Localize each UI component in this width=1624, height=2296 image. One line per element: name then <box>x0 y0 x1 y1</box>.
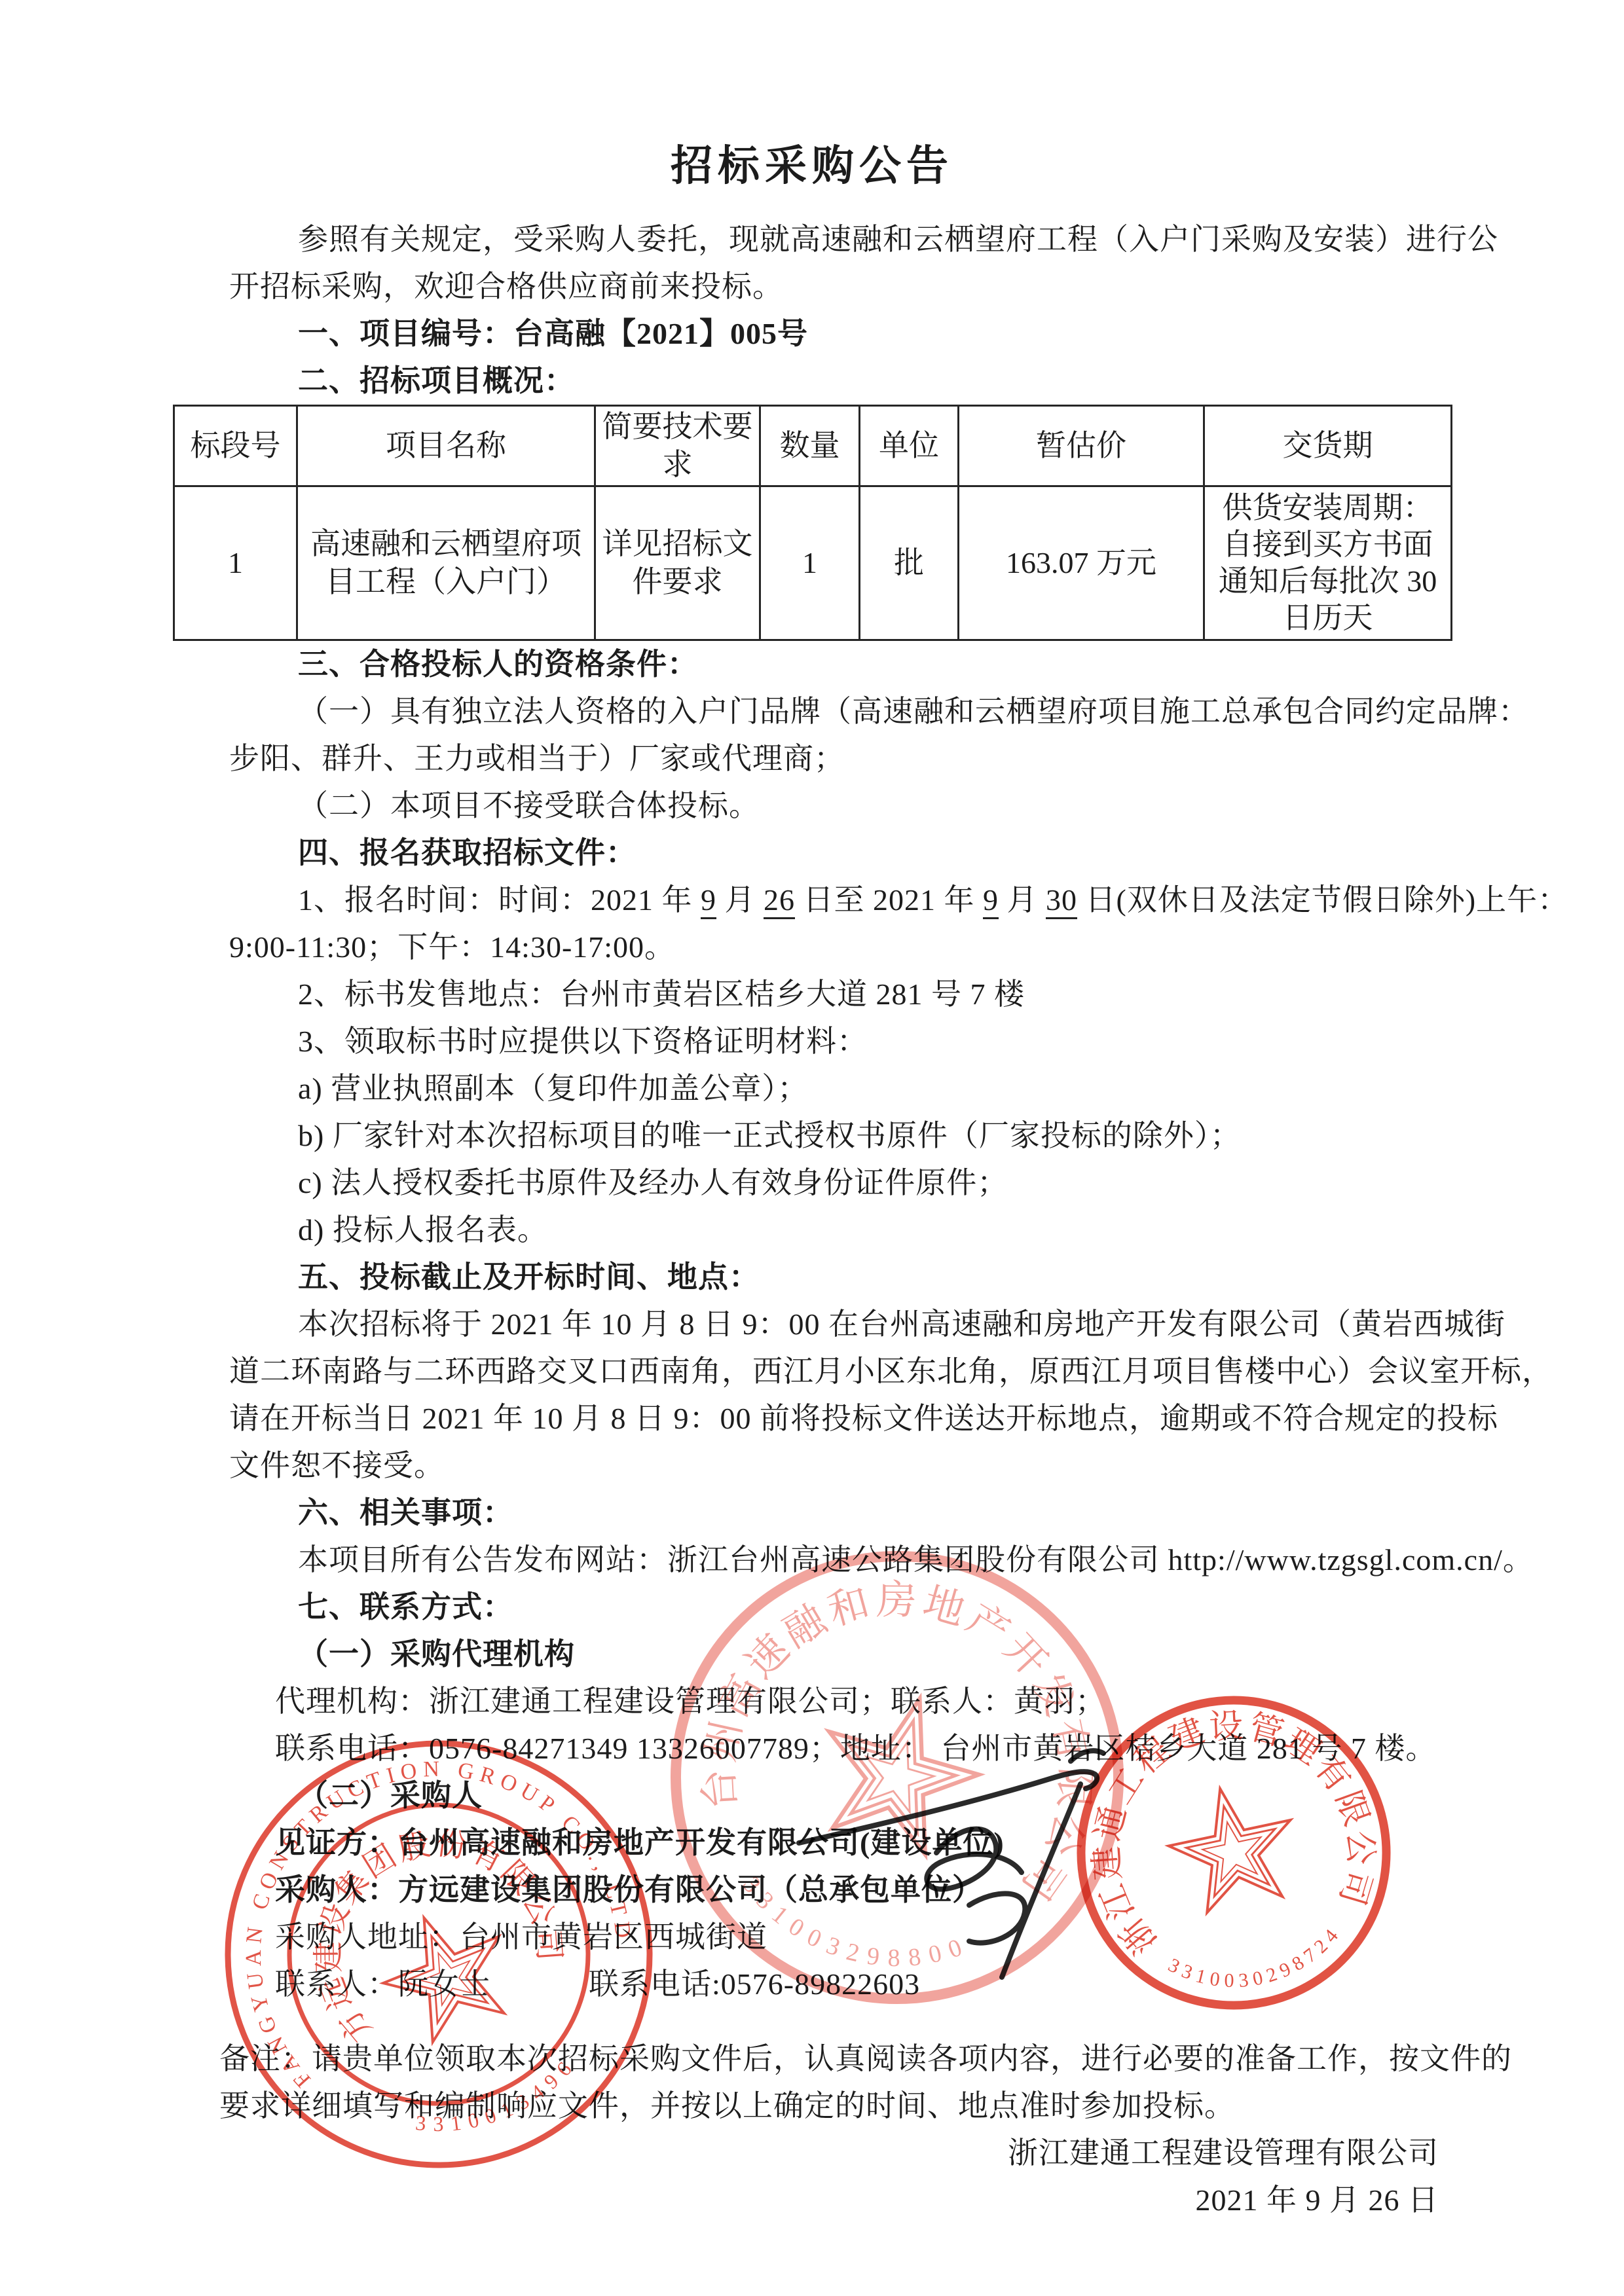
table-row: 1 高速融和云栖望府项目工程（入户门） 详见招标文件要求 1 批 163.07 … <box>174 486 1452 640</box>
section-7-contact: 七、联系方式： <box>298 1584 1624 1631</box>
opening-line-1: 本次招标将于 2021 年 10 月 8 日 9：00 在台州高速融和房地产开发… <box>298 1301 1624 1348</box>
agent-line-1: 代理机构：浙江建通工程建设管理有限公司；联系人：黄羽； <box>275 1678 1624 1725</box>
opening-line-4: 文件恕不接受。 <box>229 1442 1624 1489</box>
buyer-line: 采购人：方远建设集团股份有限公司（总承包单位） <box>275 1867 1624 1914</box>
section-3-qualification: 三、合格投标人的资格条件： <box>298 641 1624 688</box>
signup-day-underlined-2: 30 <box>1046 883 1077 919</box>
buyer-address: 采购人地址：台州市黄岩区西城街道 <box>275 1914 1624 1961</box>
opening-line-2: 道二环南路与二环西路交叉口西南角，西江月小区东北角，原西江月项目售楼中心）会议室… <box>229 1348 1624 1395</box>
document-page: 招标采购公告 参照有关规定，受采购人委托，现就高速融和云栖望府工程（入户门采购及… <box>0 0 1624 2296</box>
signup-time-seg-5: 日(双休日及法定节假日除外)上午： <box>1077 883 1568 917</box>
agent-line-2: 联系电话：0576-84271349 13326007789；地址： 台州市黄岩… <box>275 1725 1624 1772</box>
material-a: a) 营业执照副本（复印件加盖公章）； <box>298 1065 1624 1112</box>
remark-line-2: 要求详细填写和编制响应文件，并按以上确定的时间、地点准时参加投标。 <box>219 2083 1624 2130</box>
cell-project-name: 高速融和云栖望府项目工程（入户门） <box>297 486 595 640</box>
col-header-delivery: 交货期 <box>1204 406 1452 486</box>
col-header-tech-req: 简要技术要求 <box>595 406 760 486</box>
witness-line: 见证方：台州高速融和房地产开发有限公司(建设单位) <box>275 1819 1624 1867</box>
col-header-project-name: 项目名称 <box>297 406 595 486</box>
section-5-opening: 五、投标截止及开标时间、地点： <box>298 1254 1624 1301</box>
signup-time-seg-1: 1、报名时间：时间：2021 年 <box>298 883 701 917</box>
signup-time-seg-2: 月 <box>716 883 764 917</box>
col-header-quantity: 数量 <box>760 406 860 486</box>
buyer-contact: 联系人：阮女士联系电话:0576-89822603 <box>275 1961 1624 2008</box>
section-4-signup: 四、报名获取招标文件： <box>298 829 1624 877</box>
signup-time-seg-3: 日至 2021 年 <box>795 883 983 917</box>
cell-delivery: 供货安装周期：自接到买方书面通知后每批次 30 日历天 <box>1204 486 1452 640</box>
cell-quantity: 1 <box>760 486 860 640</box>
qualification-1-line-2: 步阳、群升、王力或相当于）厂家或代理商； <box>229 735 1624 782</box>
col-header-unit: 单位 <box>860 406 959 486</box>
buyer-heading: （二）采购人 <box>298 1772 1624 1819</box>
footer-company: 浙江建通工程建设管理有限公司 <box>0 2130 1439 2177</box>
table-header-row: 标段号 项目名称 简要技术要求 数量 单位 暂估价 交货期 <box>174 406 1452 486</box>
signup-time-seg-4: 月 <box>999 883 1046 917</box>
notice-website: 本项目所有公告发布网站：浙江台州高速公路集团股份有限公司 http://www.… <box>298 1537 1624 1584</box>
cell-lot: 1 <box>174 486 297 640</box>
signup-time-line-1: 1、报名时间：时间：2021 年 9 月 26 日至 2021 年 9 月 30… <box>298 877 1624 924</box>
project-table: 标段号 项目名称 简要技术要求 数量 单位 暂估价 交货期 1 高速融和云栖望府… <box>173 405 1452 641</box>
section-2-overview: 二、招标项目概况： <box>298 357 1624 405</box>
signup-month-underlined-1: 9 <box>701 883 716 919</box>
qualification-1-line-1: （一）具有独立法人资格的入户门品牌（高速融和云栖望府项目施工总承包合同约定品牌： <box>298 688 1624 735</box>
page-title: 招标采购公告 <box>0 136 1624 196</box>
agent-heading: （一）采购代理机构 <box>298 1631 1624 1678</box>
signup-materials: 3、领取标书时应提供以下资格证明材料： <box>298 1018 1624 1065</box>
col-header-lot: 标段号 <box>174 406 297 486</box>
cell-unit: 批 <box>860 486 959 640</box>
signup-location: 2、标书发售地点：台州市黄岩区桔乡大道 281 号 7 楼 <box>298 971 1624 1018</box>
opening-line-3: 请在开标当日 2021 年 10 月 8 日 9：00 前将投标文件送达开标地点… <box>229 1395 1624 1442</box>
buyer-contact-tel: 联系电话:0576-89822603 <box>589 1967 920 2001</box>
intro-line-1: 参照有关规定，受采购人委托，现就高速融和云栖望府工程（入户门采购及安装）进行公 <box>298 216 1624 263</box>
intro-line-2: 开招标采购，欢迎合格供应商前来投标。 <box>229 263 1624 310</box>
cell-tech-req: 详见招标文件要求 <box>595 486 760 640</box>
remark-line-1: 备注：请贵单位领取本次招标采购文件后，认真阅读各项内容，进行必要的准备工作，按文… <box>219 2035 1624 2083</box>
buyer-contact-name: 联系人：阮女士 <box>275 1967 490 2001</box>
col-header-estimate: 暂估价 <box>959 406 1204 486</box>
material-c: c) 法人授权委托书原件及经办人有效身份证件原件； <box>298 1159 1624 1207</box>
material-d: d) 投标人报名表。 <box>298 1207 1624 1254</box>
cell-estimate: 163.07 万元 <box>959 486 1204 640</box>
section-1-project-number: 一、项目编号：台高融【2021】005号 <box>298 310 1624 357</box>
signup-month-underlined-2: 9 <box>983 883 999 919</box>
signup-time-line-2: 9:00-11:30；下午：14:30-17:00。 <box>229 924 1624 971</box>
material-b: b) 厂家针对本次招标项目的唯一正式授权书原件（厂家投标的除外）； <box>298 1112 1624 1159</box>
section-6-related: 六、相关事项： <box>298 1489 1624 1537</box>
footer-date: 2021 年 9 月 26 日 <box>0 2177 1439 2224</box>
signup-day-underlined-1: 26 <box>764 883 795 919</box>
qualification-2: （二）本项目不接受联合体投标。 <box>298 782 1624 829</box>
